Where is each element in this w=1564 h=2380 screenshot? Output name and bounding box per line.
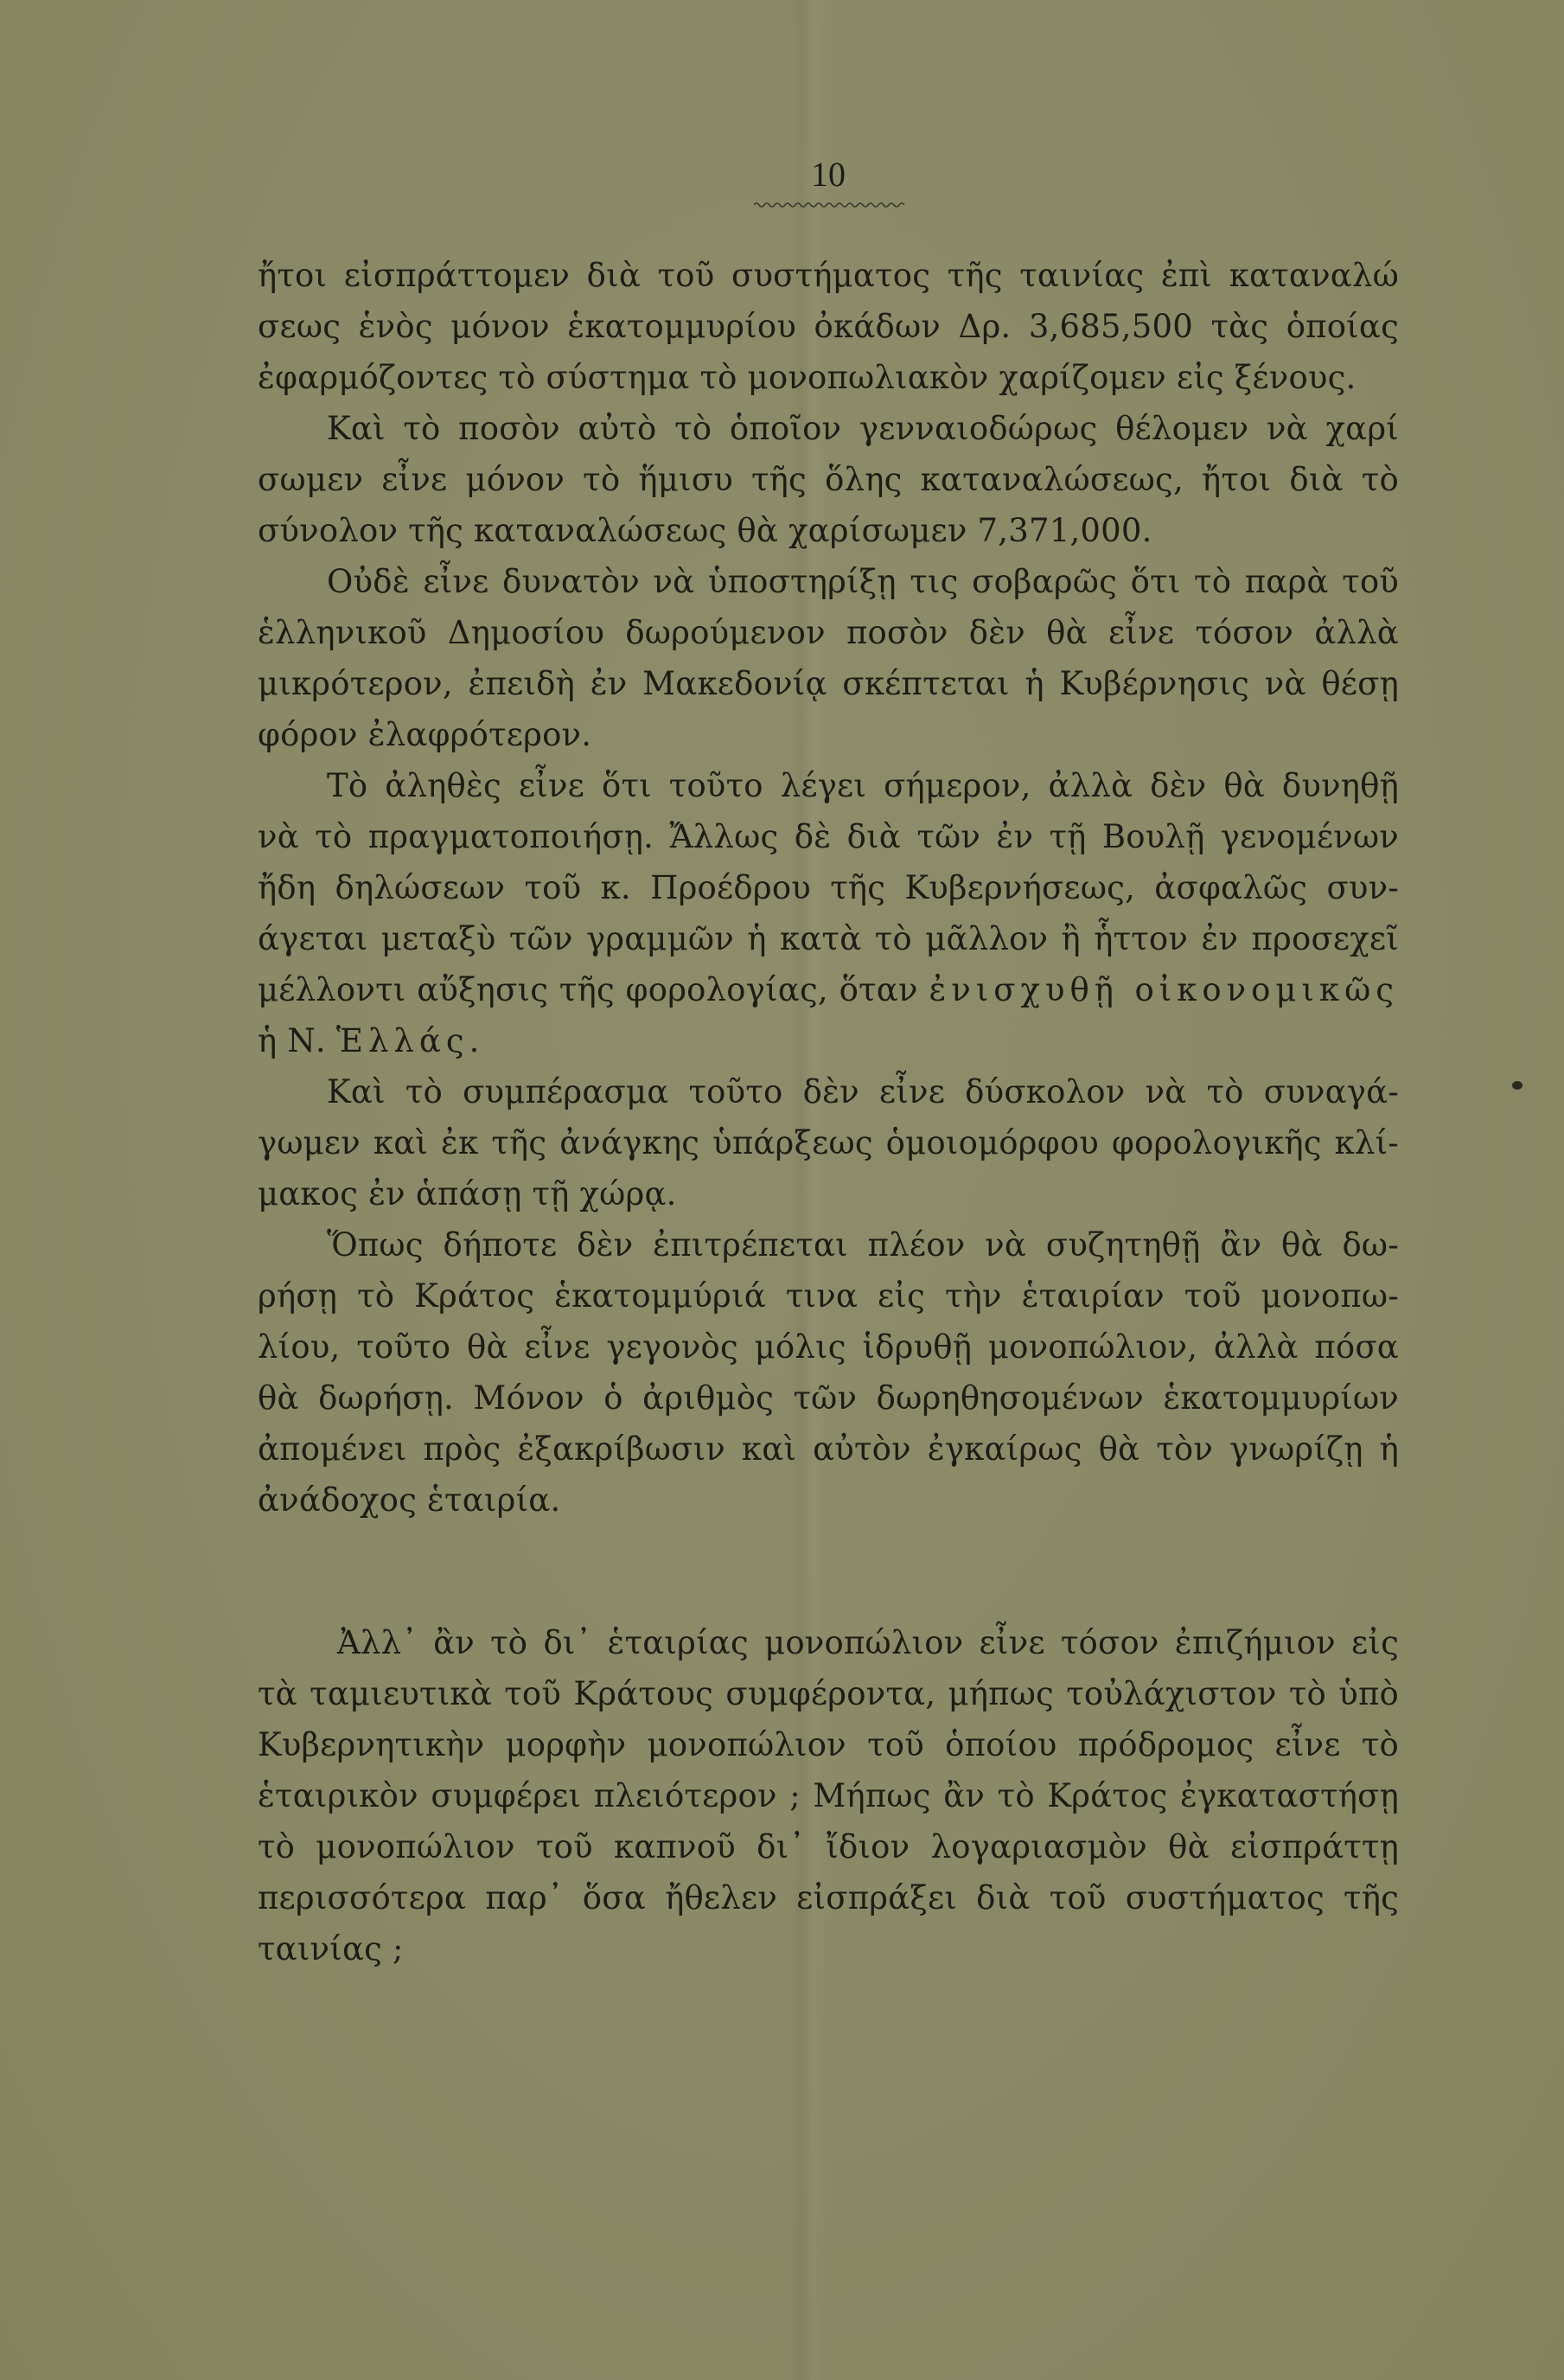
text-line: ἐφαρμόζοντες τὸ σύστημα τὸ μονοπωλιακὸν … [258,358,1399,398]
text-line: λίου, τοῦτο θὰ εἶνε γεγονὸς μόλις ἱδρυθῇ… [258,1328,1399,1367]
text-line: σωμεν εἶνε μόνον τὸ ἥμισυ τῆς ὅλης καταν… [258,460,1399,500]
spaced-emphasis: Ἑλλάς. [336,1022,485,1059]
text-line: τὰ ταμιευτικὰ τοῦ Κράτους συμφέροντα, μή… [258,1674,1399,1714]
text-line: Καὶ τὸ ποσὸν αὐτὸ τὸ ὁποῖον γενναιοδώρως… [327,409,1399,449]
text-line: ἑλληνικοῦ Δημοσίου δωρούμενον ποσὸν δὲν … [258,613,1399,653]
text-line: μικρότερον, ἐπειδὴ ἐν Μακεδονίᾳ σκέπτετα… [258,664,1399,704]
text-line: μέλλοντι αὔξησις τῆς φορολογίας, ὅταν ἐν… [258,970,1399,1010]
text-line: ρήσῃ τὸ Κράτος ἑκατομμύριά τινα εἰς τὴν … [258,1276,1399,1316]
text-line: ταινίας ; [258,1929,1399,1969]
text-line: Καὶ τὸ συμπέρασμα τοῦτο δὲν εἶνε δύσκολο… [327,1072,1399,1112]
spaced-emphasis: ἐνισχυθῇ οἰκονομικῶς [929,971,1399,1008]
text-line: Ἀλλ᾽ ἂν τὸ δι᾽ ἑταιρίας μονοπώλιον εἶνε … [337,1623,1399,1663]
text-line: φόρον ἐλαφρότερον. [258,715,1399,755]
text-line: θὰ δωρήσῃ. Μόνον ὁ ἀριθμὸς τῶν δωρηθησομ… [258,1379,1399,1418]
text-line: σύνολον τῆς καταναλώσεως θὰ χαρίσωμεν 7,… [258,511,1399,551]
text-fragment: ἡ Ν. [258,1022,336,1059]
ink-speck [1512,1081,1523,1090]
page-number: 10 [811,154,846,195]
text-line: περισσότερα παρ᾽ ὅσα ἤθελεν εἰσπράξει δι… [258,1878,1399,1918]
text-line: Οὐδὲ εἶνε δυνατὸν νὰ ὑποστηρίξῃ τις σοβα… [327,562,1399,602]
text-line: Τὸ ἀληθὲς εἶνε ὅτι τοῦτο λέγει σήμερον, … [327,766,1399,806]
text-line: ἀνάδοχος ἑταιρία. [258,1481,1399,1520]
text-line: νὰ τὸ πραγματοποιήσῃ. Ἄλλως δὲ διὰ τῶν ἐ… [258,817,1399,857]
wavy-rule-ornament [754,199,905,211]
text-line: γωμεν καὶ ἐκ τῆς ἀνάγκης ὑπάρξεως ὁμοιομ… [258,1123,1399,1163]
text-line: άγεται μεταξὺ τῶν γραμμῶν ἡ κατὰ τὸ μᾶλλ… [258,919,1399,959]
text-line: ἤτοι εἰσπράττομεν διὰ τοῦ συστήματος τῆς… [258,256,1399,296]
text-line: σεως ἑνὸς μόνον ἑκατομμυρίου ὀκάδων Δρ. … [258,307,1399,347]
text-line: Ὅπως δήποτε δὲν ἐπιτρέπεται πλέον νὰ συζ… [327,1225,1399,1265]
text-fragment: μέλλοντι αὔξησις τῆς φορολογίας, ὅταν [258,971,929,1008]
text-line: ἤδη δηλώσεων τοῦ κ. Προέδρου τῆς Κυβερνή… [258,868,1399,908]
text-line: τὸ μονοπώλιον τοῦ καπνοῦ δι᾽ ἴδιον λογαρ… [258,1827,1399,1867]
text-line: ἀπομένει πρὸς ἐξακρίβωσιν καὶ αὐτὸν ἐγκα… [258,1430,1399,1469]
text-line: Κυβερνητικὴν μορφὴν μονοπώλιον τοῦ ὁποίο… [258,1725,1399,1765]
text-line: μακος ἐν ἁπάσῃ τῇ χώρᾳ. [258,1174,1399,1214]
text-line: ἡ Ν. Ἑλλάς. [258,1021,1399,1061]
text-line: ἑταιρικὸν συμφέρει πλειότερον ; Μήπως ἂν… [258,1776,1399,1816]
